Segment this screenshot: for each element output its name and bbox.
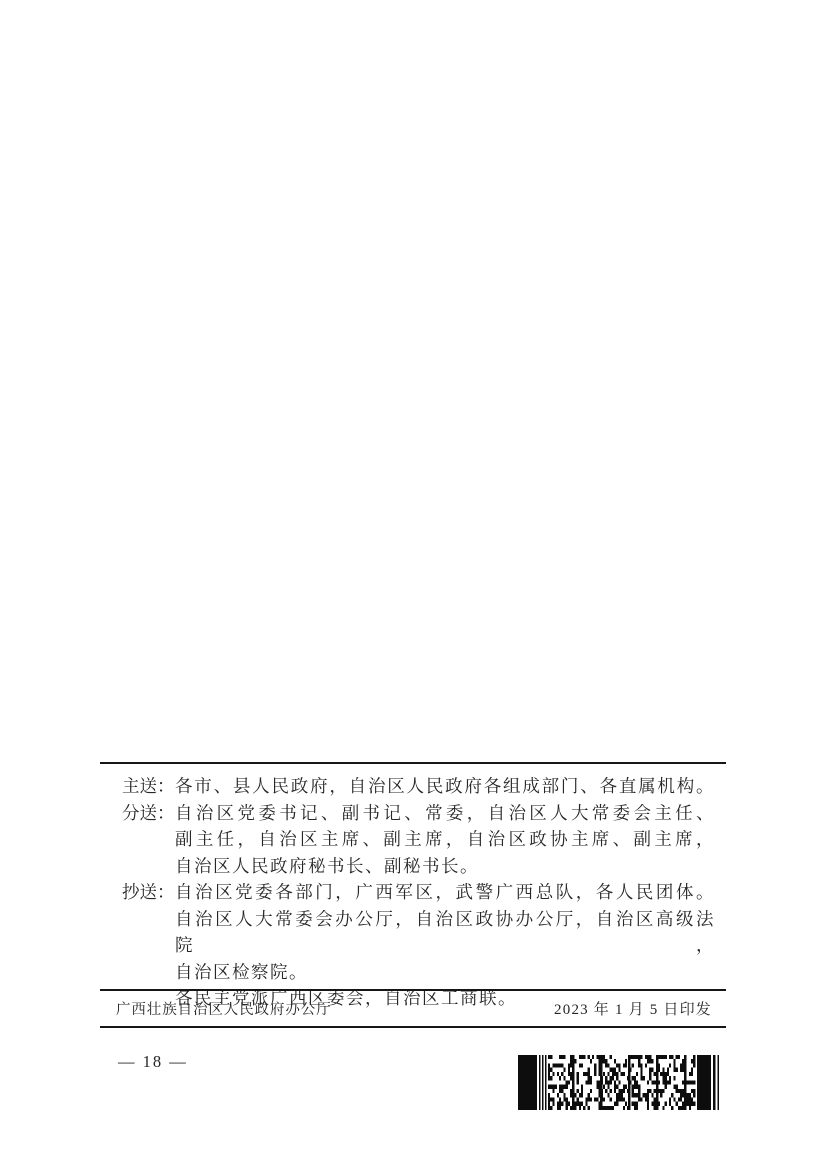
footer-bottom-rule [100,1026,726,1028]
distribution-content-separate-send: 自治区党委书记、副书记、常委，自治区人大常委会主任、 副主任，自治区主席、副主席… [175,800,715,880]
footer-print-date: 2023 年 1 月 5 日印发 [554,998,712,1019]
distribution-row-separate-send: 分送： 自治区党委书记、副书记、常委，自治区人大常委会主任、 副主任，自治区主席… [122,800,715,880]
distribution-line: 自治区人大常委会办公厅，自治区政协办公厅，自治区高级法院， [175,906,715,959]
distribution-label-main-send: 主送： [122,773,175,800]
distribution-line: 自治区党委书记、副书记、常委，自治区人大常委会主任、 [175,800,715,827]
distribution-top-rule [100,762,726,764]
distribution-line: 各市、县人民政府，自治区人民政府各组成部门、各直属机构。 [175,773,715,800]
distribution-label-separate-send: 分送： [122,800,175,827]
document-page: 主送： 各市、县人民政府，自治区人民政府各组成部门、各直属机构。 分送： 自治区… [0,0,826,1169]
footer-issuer: 广西壮族自治区人民政府办公厅 [116,998,332,1019]
distribution-list: 主送： 各市、县人民政府，自治区人民政府各组成部门、各直属机构。 分送： 自治区… [100,773,726,1012]
distribution-row-main-send: 主送： 各市、县人民政府，自治区人民政府各组成部门、各直属机构。 [122,773,715,800]
distribution-line: 副主任，自治区主席、副主席，自治区政协主席、副主席， [175,826,715,853]
pdf417-barcode [518,1055,720,1110]
distribution-line: 自治区人民政府秘书长、副秘书长。 [175,853,715,880]
distribution-label-copy-send: 抄送： [122,879,175,906]
distribution-content-main-send: 各市、县人民政府，自治区人民政府各组成部门、各直属机构。 [175,773,715,800]
footer-bar: 广西壮族自治区人民政府办公厅 2023 年 1 月 5 日印发 [100,991,726,1026]
distribution-line: 自治区检察院。 [175,959,715,986]
page-number: — 18 — [118,1051,188,1073]
distribution-line: 自治区党委各部门，广西军区，武警广西总队，各人民团体。 [175,879,715,906]
